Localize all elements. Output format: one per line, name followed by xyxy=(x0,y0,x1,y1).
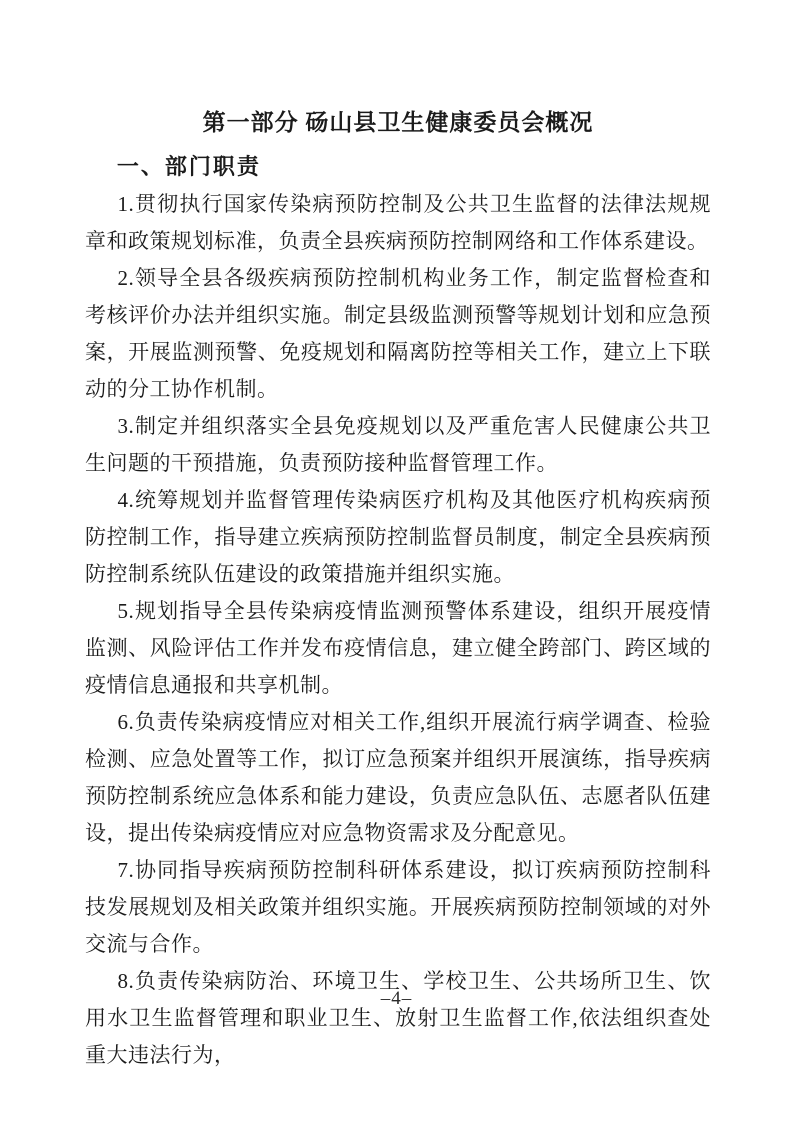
paragraph-6: 6.负责传染病疫情应对相关工作,组织开展流行病学调查、检验检测、应急处置等工作，… xyxy=(85,704,711,852)
page-number: –4– xyxy=(0,988,793,1010)
document-title: 第一部分 砀山县卫生健康委员会概况 xyxy=(85,104,711,142)
paragraph-8: 8.负责传染病防治、环境卫生、学校卫生、公共场所卫生、饮用水卫生监督管理和职业卫… xyxy=(85,963,711,1074)
section-heading: 一、部门职责 xyxy=(85,142,711,186)
paragraph-2: 2.领导全县各级疾病预防控制机构业务工作，制定监督检查和考核评价办法并组织实施。… xyxy=(85,260,711,408)
paragraph-7: 7.协同指导疾病预防控制科研体系建设，拟订疾病预防控制科技发展规划及相关政策并组… xyxy=(85,852,711,963)
paragraph-1: 1.贯彻执行国家传染病预防控制及公共卫生监督的法律法规规章和政策规划标准，负责全… xyxy=(85,186,711,260)
paragraph-3: 3.制定并组织落实全县免疫规划以及严重危害人民健康公共卫生问题的干预措施，负责预… xyxy=(85,408,711,482)
body-text: 1.贯彻执行国家传染病预防控制及公共卫生监督的法律法规规章和政策规划标准，负责全… xyxy=(85,186,711,1074)
paragraph-4: 4.统筹规划并监督管理传染病医疗机构及其他医疗机构疾病预防控制工作，指导建立疾病… xyxy=(85,482,711,593)
document-content: 第一部分 砀山县卫生健康委员会概况 一、部门职责 1.贯彻执行国家传染病预防控制… xyxy=(85,104,711,1074)
paragraph-5: 5.规划指导全县传染病疫情监测预警体系建设，组织开展疫情监测、风险评估工作并发布… xyxy=(85,593,711,704)
document-page: 第一部分 砀山县卫生健康委员会概况 一、部门职责 1.贯彻执行国家传染病预防控制… xyxy=(0,0,793,1122)
